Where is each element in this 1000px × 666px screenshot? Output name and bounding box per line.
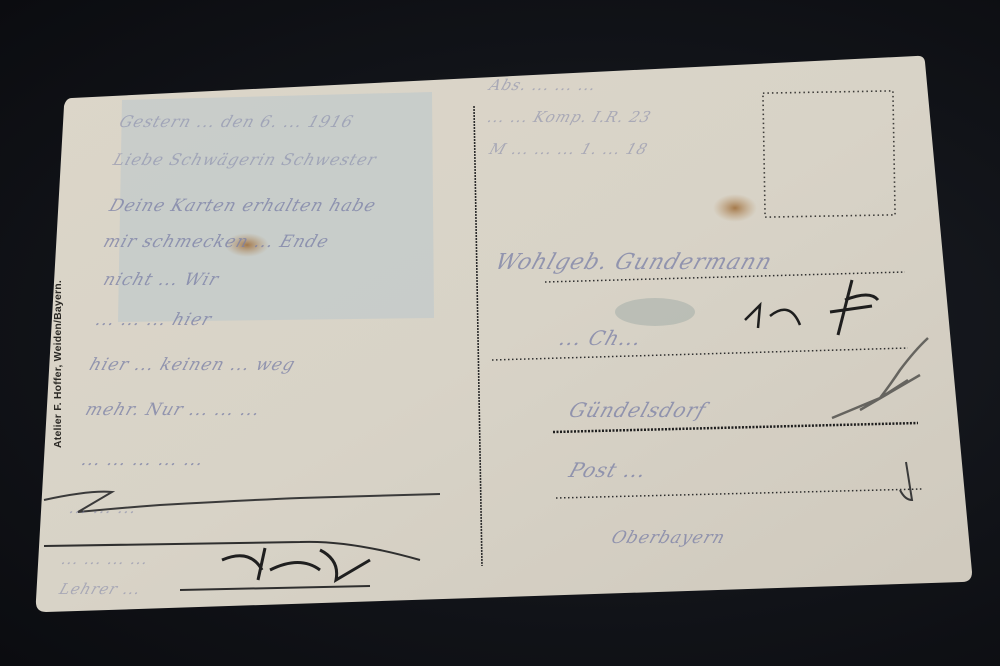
- handwritten-line: nicht ... Wir: [101, 270, 222, 290]
- sender-line: M ... ... ... 1. ... 18: [487, 140, 650, 158]
- address-line-name: Wohlgeb. Gundermann: [492, 250, 776, 275]
- handwritten-line: hier ... keinen ... weg: [87, 355, 298, 375]
- sender-line: Abs. ... ... ...: [487, 76, 599, 94]
- postcard-photo: Atelier F. Hoffer, Weiden/Bayern. Gester…: [0, 0, 1000, 666]
- postcard-shape: [0, 0, 1000, 666]
- handwritten-line: Liebe Schwägerin Schwester: [111, 150, 380, 169]
- publisher-imprint: Atelier F. Hoffer, Weiden/Bayern.: [52, 280, 64, 448]
- handwritten-line: ... ... ... ...: [59, 550, 151, 568]
- handwritten-line: ... ... ... ... ...: [79, 450, 207, 470]
- handwritten-line: mir schmecken ... Ende: [101, 232, 332, 252]
- handwritten-line: Gestern ... den 6. ... 1916: [117, 112, 356, 131]
- address-line-2: ... Ch...: [556, 326, 645, 350]
- address-line-post: Post ...: [566, 458, 650, 482]
- address-line-region: Oberbayern: [609, 528, 728, 548]
- handwritten-line: mehr. Nur ... ... ...: [83, 400, 263, 420]
- handwritten-line: Deine Karten erhalten habe: [107, 196, 379, 216]
- address-line-town: Gündelsdorf: [566, 398, 710, 422]
- handwritten-line: ... ... ...: [67, 498, 140, 517]
- handwritten-line: ... ... ... hier: [93, 310, 215, 330]
- sender-line: ... ... Komp. I.R. 23: [485, 108, 654, 126]
- handwritten-line: Lehrer ...: [57, 580, 144, 598]
